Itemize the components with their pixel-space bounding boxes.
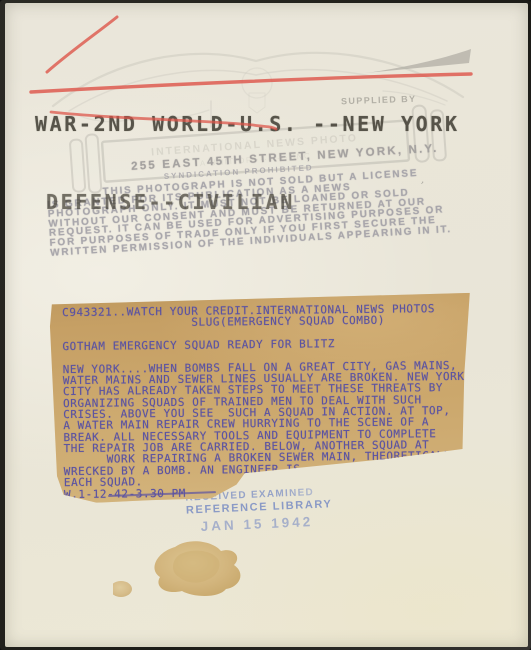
text-line: EACH SQUAD. [64,473,468,489]
caption-label: C943321..WATCH YOUR CREDIT.INTERNATIONAL… [48,291,474,503]
caption-text: C943321..WATCH YOUR CREDIT.INTERNATIONAL… [62,303,468,500]
category-heading-line2: DEFENSE--CIVILIAN [46,191,460,214]
category-heading: WAR-2ND WORLD-U.S. --NEW YORK DEFENSE--C… [35,67,460,260]
photo-back-paper: INTERNATIONAL NEWS PHOTO A UNIT OF ·····… [5,3,528,647]
photo-scan: INTERNATIONAL NEWS PHOTO A UNIT OF ·····… [0,0,531,650]
stain-icon [113,535,263,615]
category-heading-line1: WAR-2ND WORLD-U.S. --NEW YORK [35,113,460,136]
